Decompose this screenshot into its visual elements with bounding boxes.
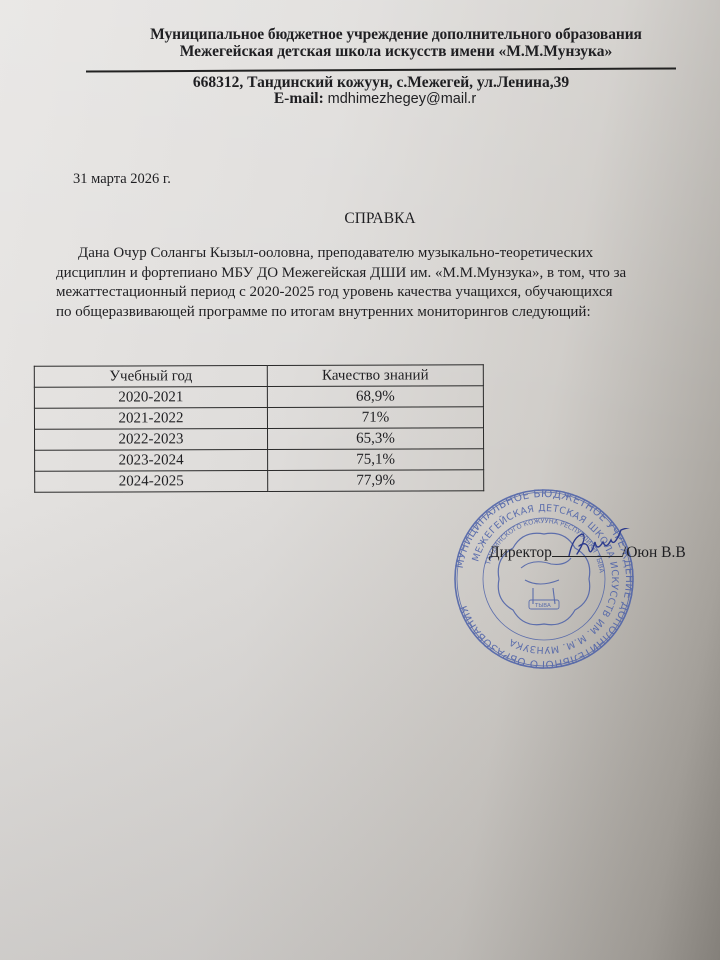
year-cell: 2021-2022 [34,407,267,429]
org-name-line1: Муниципальное бюджетное учреждение допол… [96,26,696,44]
letterhead-divider [86,67,676,72]
table-row: 2020-2021 68,9% [34,386,483,409]
quality-cell: 77,9% [268,470,484,492]
column-header-year: Учебный год [34,365,267,387]
body-line: дисциплин и фортепиано МБУ ДО Межегейска… [56,264,696,284]
year-cell: 2022-2023 [35,428,268,450]
body-line: Дана Очур Солангы Кызыл-ооловна, препода… [56,244,696,264]
knowledge-quality-table: Учебный год Качество знаний 2020-2021 68… [34,364,484,493]
table-header-row: Учебный год Качество знаний [34,365,483,388]
email-value: mdhimezhegey@mail.r [328,91,477,107]
svg-text:ТЫВА: ТЫВА [534,603,551,609]
column-header-quality: Качество знаний [267,365,483,387]
table-row: 2021-2022 71% [34,407,483,430]
table-row: 2024-2025 77,9% [35,470,484,493]
document-date: 31 марта 2026 г. [73,171,171,188]
org-email: E-mail: mdhimezhegey@mail.r [80,90,670,108]
document-title: СПРАВКА [0,210,720,228]
year-cell: 2020-2021 [34,386,267,408]
quality-cell: 75,1% [268,449,484,471]
quality-cell: 71% [267,407,483,429]
signature-line [552,542,622,557]
signature-block: Директор/Оюн В.В [489,542,686,562]
signer-name: /Оюн В.В [622,544,686,561]
signer-role: Директор [489,544,552,561]
svg-text:МЕЖЕГЕЙСКАЯ ДЕТСКАЯ ШКОЛА ИСКУ: МЕЖЕГЕЙСКАЯ ДЕТСКАЯ ШКОЛА ИСКУССТВ ИМ. М… [470,503,620,655]
year-cell: 2024-2025 [35,470,268,492]
body-line: межаттестационный период с 2020-2025 год… [56,283,696,303]
official-stamp-icon: МУНИЦИПАЛЬНОЕ БЮДЖЕТНОЕ УЧРЕЖДЕНИЕ ДОПОЛ… [453,488,635,670]
year-cell: 2023-2024 [35,449,268,471]
table-row: 2023-2024 75,1% [35,449,484,472]
body-line: по общеразвивающей программе по итогам в… [56,303,696,323]
table-row: 2022-2023 65,3% [35,428,484,451]
certificate-body: Дана Очур Солангы Кызыл-ооловна, препода… [56,244,696,322]
quality-cell: 65,3% [267,428,483,450]
org-name-line2: Межегейская детская школа искусств имени… [96,43,696,61]
quality-cell: 68,9% [267,386,483,408]
email-label: E-mail: [274,90,324,107]
